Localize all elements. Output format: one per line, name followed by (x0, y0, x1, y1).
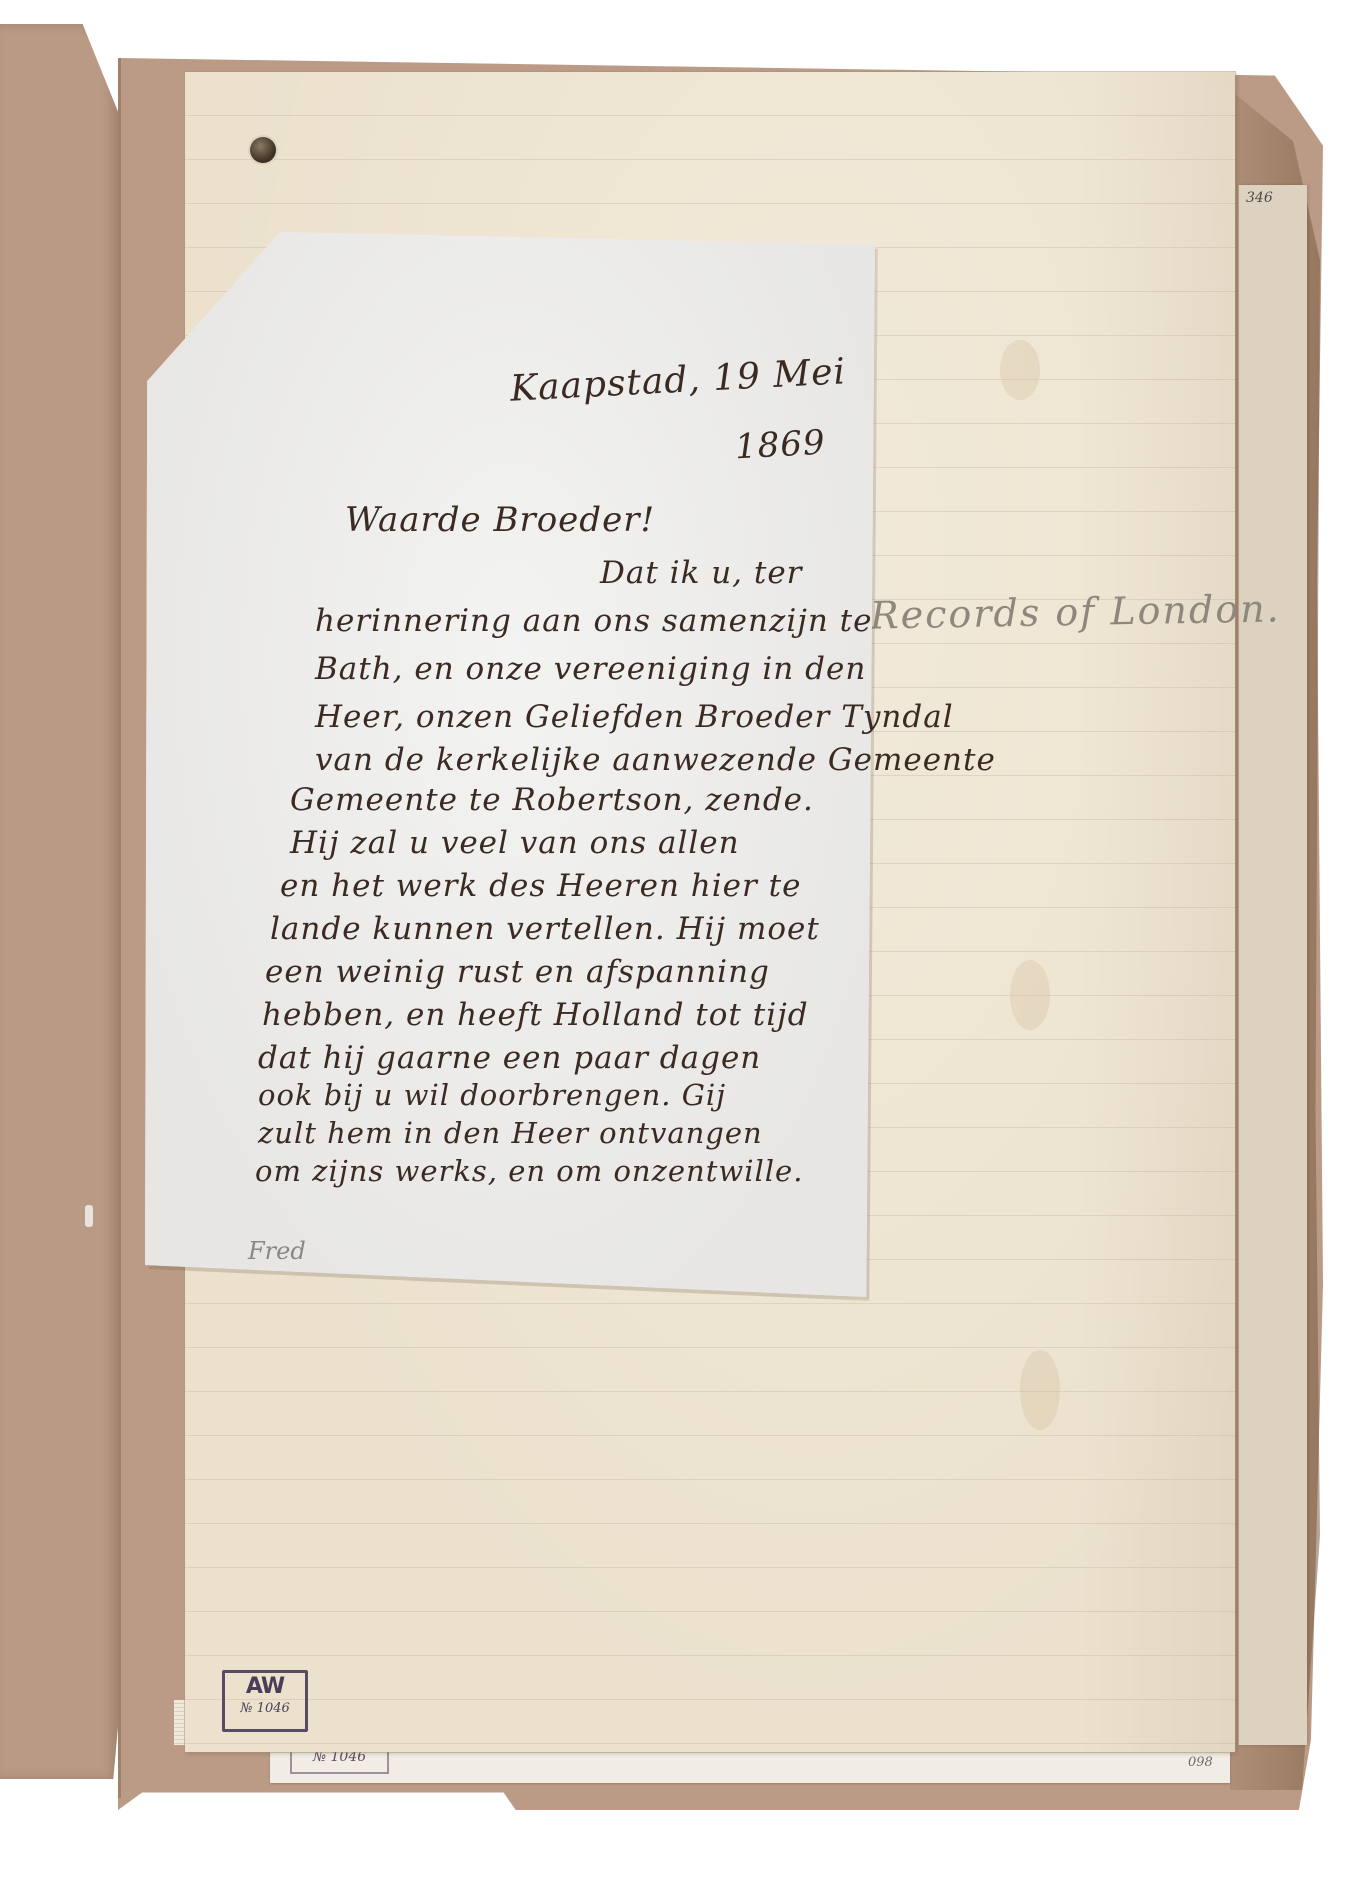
right-inner-card (1238, 185, 1307, 1745)
letter-line: en het werk des Heeren hier te (280, 868, 802, 904)
letter-line: Gemeente te Robertson, zende. (290, 782, 814, 818)
letter-line: Hij zal u veel van ons allen (290, 825, 740, 861)
folder-punch-hole (85, 1205, 93, 1227)
letter-pencil-note: Fred (248, 1237, 306, 1265)
letter-line: hebben, en heeft Holland tot tijd (262, 997, 809, 1033)
letter-line: ook bij u wil doorbrengen. Gij (258, 1078, 726, 1112)
foxing-stain (1010, 960, 1050, 1030)
stamp-number: № 1046 (225, 1701, 305, 1717)
letter-year: 1869 (734, 423, 827, 468)
under-card-number: 098 (1188, 1755, 1213, 1770)
foxing-stain (1020, 1350, 1060, 1430)
letter-line: zult hem in den Heer ontvangen (258, 1116, 763, 1150)
letter-line: lande kunnen vertellen. Hij moet (270, 911, 820, 947)
under-card-stamp: № 1046 (290, 1750, 389, 1774)
letter-salutation: Waarde Broeder! (345, 500, 655, 540)
folder-left-flap (0, 24, 118, 1779)
ledger-pencil-note: Records of London. (870, 586, 1281, 637)
stamp-logo: AW (225, 1673, 305, 1701)
right-card-number: 346 (1246, 190, 1273, 206)
letter-line: van de kerkelijke aanwezende Gemeente (315, 742, 996, 778)
letter-line: een weinig rust en afspanning (265, 954, 770, 990)
letter-line: dat hij gaarne een paar dagen (258, 1040, 761, 1076)
letter-line: herinnering aan ons samenzijn te (315, 603, 872, 639)
letter-line: Dat ik u, ter (600, 555, 803, 591)
folder-crease (118, 58, 121, 1798)
rivet-icon (250, 137, 276, 163)
letter-line: Heer, onzen Geliefden Broeder Tyndal (315, 699, 954, 735)
archive-stamp: AW № 1046 (222, 1670, 308, 1732)
letter-line: Bath, en onze vereeniging in den (315, 651, 866, 687)
letter-line: om zijns werks, en om onzentwille. (255, 1154, 803, 1188)
foxing-stain (1000, 340, 1040, 400)
